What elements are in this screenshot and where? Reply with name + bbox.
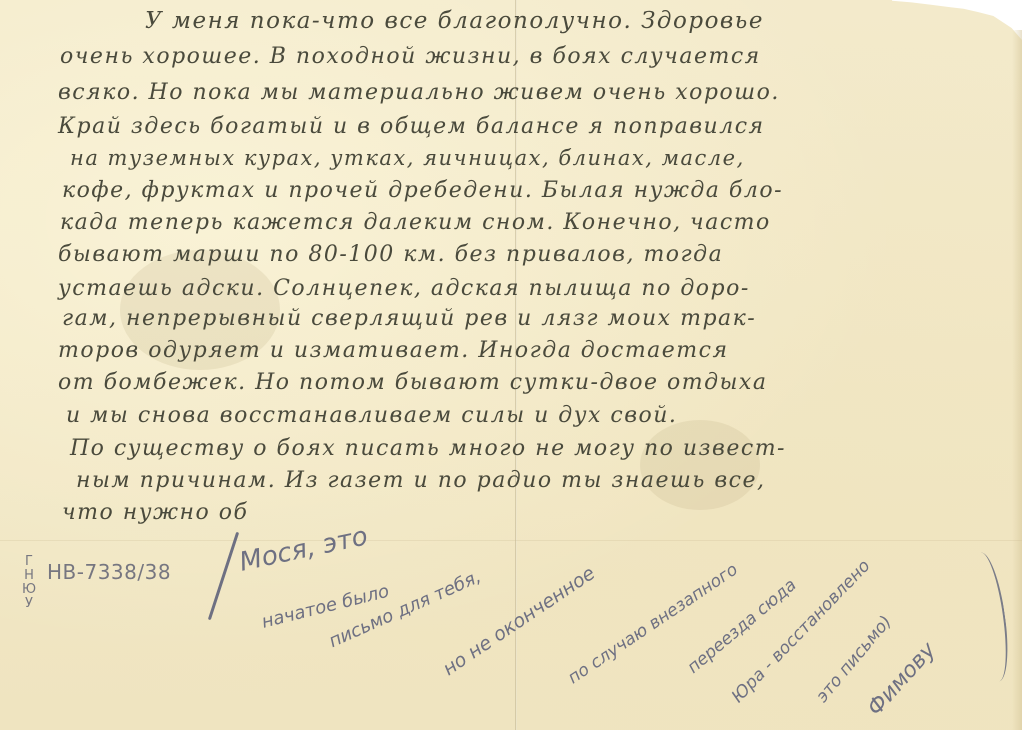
letter-line: кофе, фруктах и прочей дребедени. Былая …	[62, 178, 783, 203]
letter-line: очень хорошее. В походной жизни, в боях …	[60, 44, 761, 69]
archive-letter: У	[20, 597, 38, 611]
archive-code: НВ-7338/38	[47, 560, 171, 584]
letter-line: ным причинам. Из газет и по радио ты зна…	[76, 468, 766, 493]
pencil-parenthesis	[966, 551, 1014, 684]
letter-line: По существу о боях писать много не могу …	[70, 436, 786, 461]
fold-line-horizontal	[0, 540, 1022, 541]
letter-line: гам, непрерывный сверлящий рев и лязг мо…	[62, 306, 756, 331]
archive-letter: Н	[20, 569, 38, 583]
letter-line: устаешь адски. Солнцепек, адская пылища …	[58, 276, 750, 301]
torn-corner	[892, 0, 1022, 40]
archive-letter: Г	[20, 555, 38, 569]
pencil-slash-mark	[208, 532, 239, 620]
pencil-note: Мося, это	[237, 521, 371, 577]
archive-letter: Ю	[20, 583, 38, 597]
letter-line: и мы снова восстанавливаем силы и дух св…	[66, 403, 677, 428]
paper-stain	[640, 420, 760, 510]
letter-line: что нужно об	[62, 500, 248, 525]
letter-line: У меня пока-что все благополучно. Здоров…	[145, 8, 764, 34]
letter-scan: У меня пока-что все благополучно. Здоров…	[0, 0, 1022, 730]
letter-line: на туземных курах, утках, яичницах, блин…	[70, 146, 745, 170]
paper-edge	[1012, 30, 1022, 730]
letter-line: торов одуряет и измативает. Иногда доста…	[58, 338, 729, 363]
archive-stamp-vertical: Г Н Ю У	[20, 555, 38, 611]
letter-line: бывают марши по 80-100 км. без привалов,…	[58, 242, 723, 267]
letter-line: Край здесь богатый и в общем балансе я п…	[58, 114, 765, 139]
letter-line: от бомбежек. Но потом бывают сутки-двое …	[58, 370, 767, 395]
letter-line: када теперь кажется далеким сном. Конечн…	[60, 210, 771, 235]
letter-line: всяко. Но пока мы материально живем очен…	[58, 80, 780, 105]
